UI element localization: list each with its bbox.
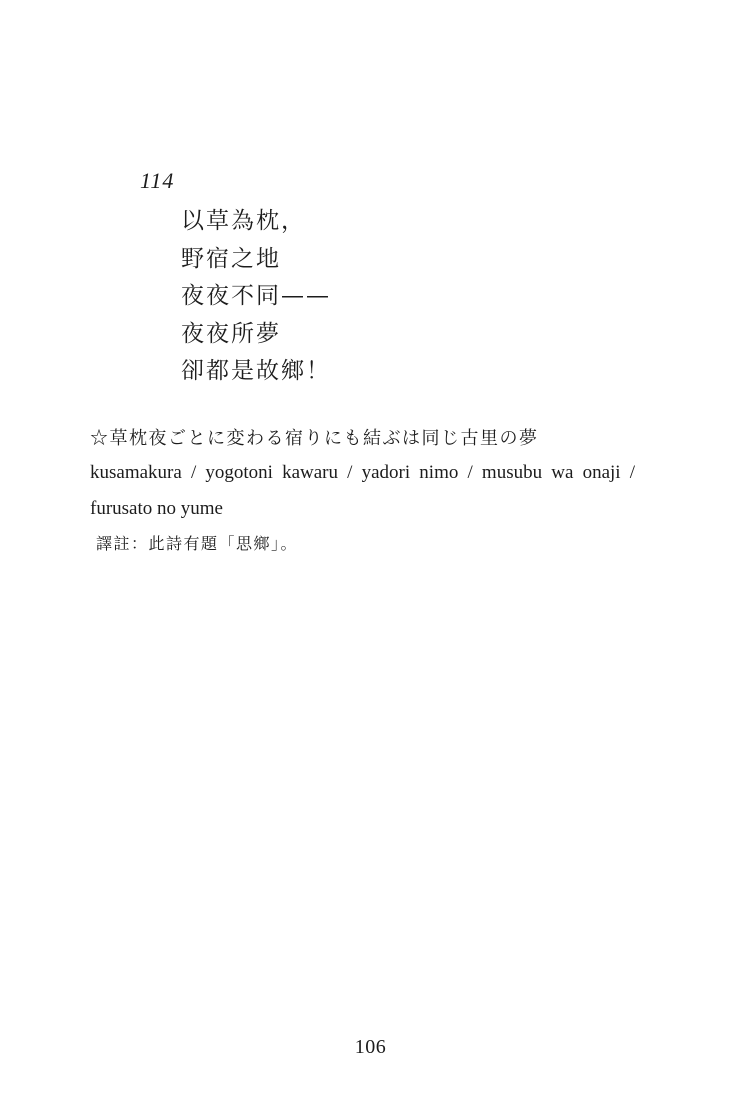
romaji-transliteration: kusamakura / yogotoni kawaru / yadori ni… [90,455,635,527]
book-page: 114 以草為枕， 野宿之地 夜夜不同—— 夜夜所夢 卻都是故鄉！ ☆草枕夜ごと… [0,0,741,1100]
poem-line-1: 以草為枕， [181,203,331,241]
page-number: 106 [0,1036,741,1059]
japanese-original-line: ☆草枕夜ごとに変わる宿りにも結ぶは同じ古里の夢 [90,424,539,450]
poem-line-4: 夜夜所夢 [181,316,331,354]
romaji-line-1: kusamakura / yogotoni kawaru / yadori ni… [90,455,635,491]
translator-note: 譯註：此詩有題「思鄉」。 [96,531,298,554]
poem-number: 114 [140,168,174,194]
poem-line-3: 夜夜不同—— [181,278,331,316]
romaji-line-2: furusato no yume [90,491,635,527]
poem-line-5: 卻都是故鄉！ [181,353,331,391]
chinese-poem: 以草為枕， 野宿之地 夜夜不同—— 夜夜所夢 卻都是故鄉！ [181,203,331,391]
poem-line-2: 野宿之地 [181,241,331,279]
